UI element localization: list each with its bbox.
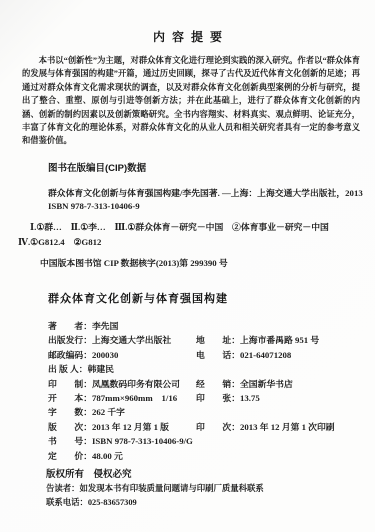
- colophon-cell: 经 销：全国新华书店: [196, 377, 293, 390]
- cip-record-number: 中国版本图书馆 CIP 数据核字(2013)第 299390 号: [40, 256, 228, 269]
- colophon-row-price: 定 价：48.00 元: [48, 449, 360, 463]
- colophon-row-author: 著 者：李先国: [48, 319, 360, 333]
- cip-isbn: ISBN 978-7-313-10406-9: [48, 201, 140, 211]
- colophon-cell: 印 次：2013 年 12 月第 1 次印刷: [196, 420, 335, 433]
- colophon-cell: 著 者：李先国: [48, 319, 118, 332]
- colophon-cell: 开 本：787mm×960mm 1/16: [48, 391, 177, 404]
- colophon-row-edition: 版 次：2013 年 12 月第 1 版 印 次：2013 年 12 月第 1 …: [48, 420, 360, 434]
- cip-title-line: 群众体育文化创新与体育强国构建/李先国著. —上海：上海交通大学出版社，2013: [48, 186, 363, 199]
- colophon-table: 著 者：李先国 出版发行：上海交通大学出版社 地 址：上海市番禺路 951 号 …: [48, 319, 360, 463]
- colophon-cell: 邮政编码：200030: [48, 348, 118, 361]
- colophon-cell: 定 价：48.00 元: [48, 449, 123, 462]
- cip-classification-line-2: Ⅳ.①G812.4 ②G812: [18, 235, 101, 248]
- book-title: 群众体育文化创新与体育强国构建: [48, 290, 228, 306]
- copyright-statement: 版权所有 侵权必究: [46, 466, 132, 480]
- colophon-row-publisher: 出版发行：上海交通大学出版社 地 址：上海市番禺路 951 号: [48, 333, 360, 347]
- colophon-cell: 字 数：262 千字: [48, 405, 125, 418]
- colophon-cell: 印 张：13.75: [196, 391, 260, 404]
- colophon-cell: 出 版 人：韩建民: [48, 362, 114, 375]
- reader-notice: 告读者：如发现本书有印装质量问题请与印刷厂质量科联系: [46, 482, 264, 494]
- colophon-row-publisher-person: 出 版 人：韩建民: [48, 362, 360, 376]
- colophon-row-format: 开 本：787mm×960mm 1/16 印 张：13.75: [48, 391, 360, 405]
- cip-classification-line: Ⅰ.①群… Ⅱ.①李… Ⅲ.①群众体育－研究－中国 ②体育事业－研究－中国: [30, 220, 329, 233]
- colophon-row-booknumber: 书 号：ISBN 978-7-313-10406-9/G: [48, 434, 360, 448]
- colophon-cell: 地 址：上海市番禺路 951 号: [196, 333, 319, 346]
- contact-phone: 联系电话：025-83657309: [46, 496, 137, 508]
- cip-heading: 图书在版编目(CIP)数据: [48, 160, 146, 174]
- colophon-cell: 印 制：凤凰数码印务有限公司: [48, 377, 180, 390]
- summary-heading: 内容提要: [0, 28, 375, 45]
- colophon-row-printer: 印 制：凤凰数码印务有限公司 经 销：全国新华书店: [48, 377, 360, 391]
- colophon-cell: 电 话：021-64071208: [196, 348, 291, 361]
- colophon-row-postcode: 邮政编码：200030 电 话：021-64071208: [48, 348, 360, 362]
- colophon-cell: 出版发行：上海交通大学出版社: [48, 333, 171, 346]
- colophon-cell: 版 次：2013 年 12 月第 1 版: [48, 420, 169, 433]
- colophon-cell: 书 号：ISBN 978-7-313-10406-9/G: [48, 434, 193, 447]
- copyright-page: 内容提要 本书以“创新性”为主题，对群众体育文化进行理论到实践的深入研究。作者以…: [0, 0, 375, 532]
- summary-paragraph: 本书以“创新性”为主题，对群众体育文化进行理论到实践的深入研究。作者以“群众体育…: [22, 54, 360, 148]
- colophon-row-wordcount: 字 数：262 千字: [48, 405, 360, 419]
